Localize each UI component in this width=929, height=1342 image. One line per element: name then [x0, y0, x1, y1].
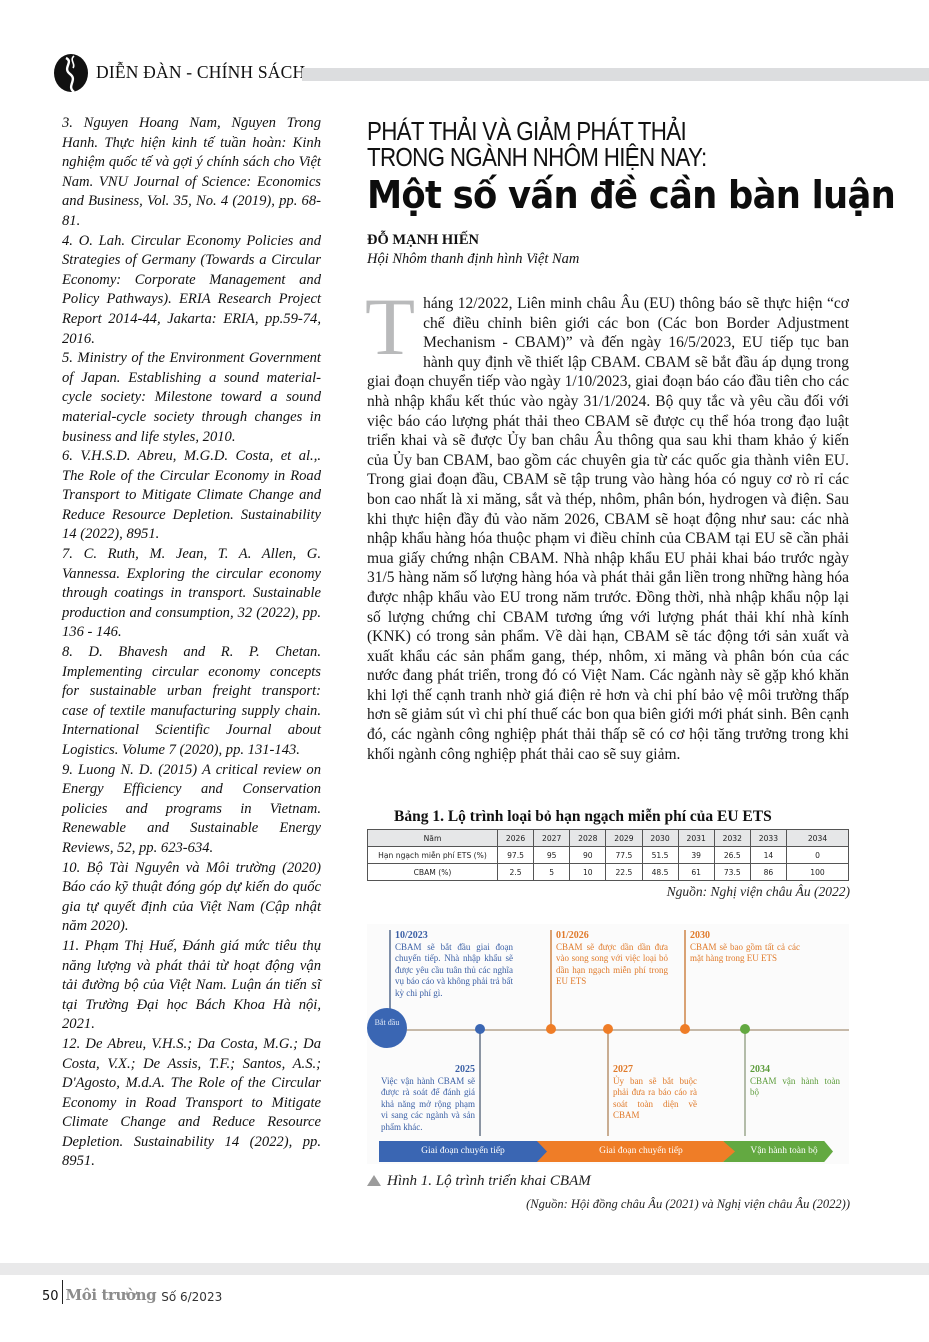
- milestone-text: Ủy ban sẽ bắt buộc phải đưa ra báo cáo r…: [613, 1076, 697, 1122]
- reference-item: 5. Ministry of the Environment Governmen…: [62, 349, 321, 447]
- table-header-cell: Năm: [368, 830, 498, 847]
- milestone-text: CBAM sẽ được dần dần đưa vào song song v…: [556, 942, 668, 988]
- article-author: ĐỖ MẠNH HIẾN: [367, 232, 849, 249]
- timeline-marker-2034: [740, 1024, 750, 1034]
- table-cell: 61: [678, 864, 714, 881]
- table-header-cell: 2031: [678, 830, 714, 847]
- table-row: Hạn ngạch miễn phí ETS (%) 97.5 95 90 77…: [368, 847, 849, 864]
- drop-cap: T: [365, 296, 415, 356]
- reference-item: 9. Luong N. D. (2015) A critical review …: [62, 761, 321, 859]
- milestone-2030: 2030 CBAM sẽ bao gồm tất cả các mặt hàng…: [690, 930, 800, 965]
- phase-bar: Giai đoạn chuyển tiếp Giai đoạn chuyển t…: [379, 1141, 845, 1162]
- milestone-2026: 01/2026 CBAM sẽ được dần dần đưa vào son…: [556, 930, 668, 988]
- timeline-marker-2025: [475, 1024, 485, 1034]
- table-header-row: Năm 2026 2027 2028 2029 2030 2031 2032 2…: [368, 830, 849, 847]
- milestone-year: 2027: [613, 1064, 697, 1076]
- milestone-text: CBAM sẽ bao gồm tất cả các mặt hàng tron…: [690, 942, 800, 965]
- reference-item: 6. V.H.S.D. Abreu, M.G.D. Costa, et al.,…: [62, 447, 321, 545]
- milestone-2034: 2034 CBAM vận hành toàn bộ: [750, 1064, 840, 1099]
- reference-item: 11. Phạm Thị Huế, Đánh giá mức tiêu thụ …: [62, 937, 321, 1035]
- table-cell: 97.5: [498, 847, 534, 864]
- table-cell: 86: [750, 864, 786, 881]
- reference-item: 10. Bộ Tài Nguyên và Môi trường (2020) B…: [62, 859, 321, 937]
- milestone-year: 01/2026: [556, 930, 668, 942]
- page-header: DIỄN ĐÀN - CHÍNH SÁCH: [52, 50, 929, 96]
- table-cell: 26.5: [714, 847, 750, 864]
- timeline-marker-2030: [680, 1024, 690, 1034]
- table-cell: 73.5: [714, 864, 750, 881]
- figure-source: (Nguồn: Hội đồng châu Âu (2021) và Nghị …: [526, 1197, 850, 1212]
- references-list: 3. Nguyen Hoang Nam, Nguyen Trong Hanh. …: [62, 114, 321, 1172]
- cbam-timeline-figure: Bắt đầu 10/2023 CBAM sẽ bắt đầu giai đoạ…: [367, 924, 849, 1164]
- table-source: Nguồn: Nghị viện châu Âu (2022): [667, 884, 850, 900]
- table-cell: 95: [534, 847, 570, 864]
- article-kicker-line-2: TRONG NGÀNH NHÔM HIỆN NAY:: [367, 144, 782, 170]
- magazine-swirl-logo-icon: [52, 50, 92, 96]
- section-label: DIỄN ĐÀN - CHÍNH SÁCH: [96, 62, 305, 83]
- figure-caption: Hình 1. Lộ trình triển khai CBAM: [367, 1173, 591, 1190]
- reference-item: 12. De Abreu, V.H.S.; Da Costa, M.G.; Da…: [62, 1035, 321, 1172]
- author-affiliation: Hội Nhôm thanh định hình Việt Nam: [367, 251, 849, 268]
- ets-phaseout-table: Năm 2026 2027 2028 2029 2030 2031 2032 2…: [367, 829, 849, 881]
- page-number: 50: [42, 1289, 62, 1304]
- phase-full-operation: Vận hành toàn bộ: [723, 1141, 833, 1162]
- table-row-label: Hạn ngạch miễn phí ETS (%): [368, 847, 498, 864]
- timeline-stem: [389, 930, 391, 1010]
- table-cell: 100: [787, 864, 849, 881]
- milestone-2025: 2025 Việc vận hành CBAM sẽ được rà soát …: [381, 1064, 475, 1133]
- article-body: Tháng 12/2022, Liên minh châu Âu (EU) th…: [367, 294, 849, 764]
- table-header-cell: 2029: [606, 830, 642, 847]
- article-headline: Một số vấn đề cần bàn luận: [367, 172, 815, 218]
- issue-number: Số 6/2023: [161, 1290, 222, 1304]
- table-cell: 22.5: [606, 864, 642, 881]
- table-cell: 14: [750, 847, 786, 864]
- table-cell: 51.5: [642, 847, 678, 864]
- table-cell: 2.5: [498, 864, 534, 881]
- reference-item: 4. O. Lah. Circular Economy Policies and…: [62, 232, 321, 350]
- table-row: CBAM (%) 2.5 5 10 22.5 48.5 61 73.5 86 1…: [368, 864, 849, 881]
- milestone-2023: 10/2023 CBAM sẽ bắt đầu giai đoạn chuyển…: [395, 930, 513, 999]
- table-header-cell: 2028: [570, 830, 606, 847]
- table-cell: 48.5: [642, 864, 678, 881]
- timeline-stem: [550, 930, 552, 1030]
- timeline-stem: [744, 1030, 746, 1136]
- page-footer: 50 Môi trường Số 6/2023: [42, 1278, 222, 1304]
- milestone-year: 2030: [690, 930, 800, 942]
- table-header-cell: 2027: [534, 830, 570, 847]
- article-kicker-line-1: PHÁT THẢI VÀ GIẢM PHÁT THẢI: [367, 118, 782, 144]
- table-row-label: CBAM (%): [368, 864, 498, 881]
- timeline-stem: [684, 930, 686, 1030]
- triangle-marker-icon: [367, 1175, 381, 1186]
- table-cell: 10: [570, 864, 606, 881]
- milestone-year: 2025: [381, 1064, 475, 1076]
- reference-item: 7. C. Ruth, M. Jean, T. A. Allen, G. Van…: [62, 545, 321, 643]
- table-header-cell: 2033: [750, 830, 786, 847]
- table-cell: 5: [534, 864, 570, 881]
- reference-item: 8. D. Bhavesh and R. P. Chetan. Implemen…: [62, 643, 321, 761]
- milestone-text: Việc vận hành CBAM sẽ được rà soát để đá…: [381, 1076, 475, 1134]
- timeline-start-circle: Bắt đầu: [367, 1008, 407, 1048]
- timeline-marker-2027: [603, 1024, 613, 1034]
- timeline-marker-2026: [546, 1024, 556, 1034]
- phase-transition-1: Giai đoạn chuyển tiếp: [379, 1141, 547, 1162]
- timeline-stem: [607, 1030, 609, 1136]
- milestone-text: CBAM sẽ bắt đầu giai đoạn chuyển tiếp. N…: [395, 942, 513, 1000]
- table-cell: 39: [678, 847, 714, 864]
- timeline-stem: [479, 1030, 481, 1136]
- magazine-name: Môi trường: [66, 1286, 157, 1304]
- milestone-year: 2034: [750, 1064, 840, 1076]
- header-divider-bar: [302, 68, 929, 81]
- table-header-cell: 2030: [642, 830, 678, 847]
- table-cell: 0: [787, 847, 849, 864]
- article-body-text: háng 12/2022, Liên minh châu Âu (EU) thô…: [367, 295, 849, 763]
- table-header-cell: 2034: [787, 830, 849, 847]
- phase-transition-2: Giai đoạn chuyển tiếp: [535, 1141, 735, 1162]
- table-cell: 90: [570, 847, 606, 864]
- table-cell: 77.5: [606, 847, 642, 864]
- timeline-axis: [379, 1029, 849, 1031]
- table-title: Bảng 1. Lộ trình loại bỏ hạn ngạch miễn …: [394, 808, 772, 826]
- article-title-block: PHÁT THẢI VÀ GIẢM PHÁT THẢI TRONG NGÀNH …: [367, 118, 849, 268]
- table-header-cell: 2032: [714, 830, 750, 847]
- figure-caption-text: Hình 1. Lộ trình triển khai CBAM: [387, 1173, 591, 1189]
- reference-item: 3. Nguyen Hoang Nam, Nguyen Trong Hanh. …: [62, 114, 321, 232]
- footer-bar: [0, 1263, 929, 1275]
- table-header-cell: 2026: [498, 830, 534, 847]
- footer-divider: [62, 1280, 63, 1304]
- milestone-text: CBAM vận hành toàn bộ: [750, 1076, 840, 1099]
- milestone-2027: 2027 Ủy ban sẽ bắt buộc phải đưa ra báo …: [613, 1064, 697, 1122]
- milestone-year: 10/2023: [395, 930, 513, 942]
